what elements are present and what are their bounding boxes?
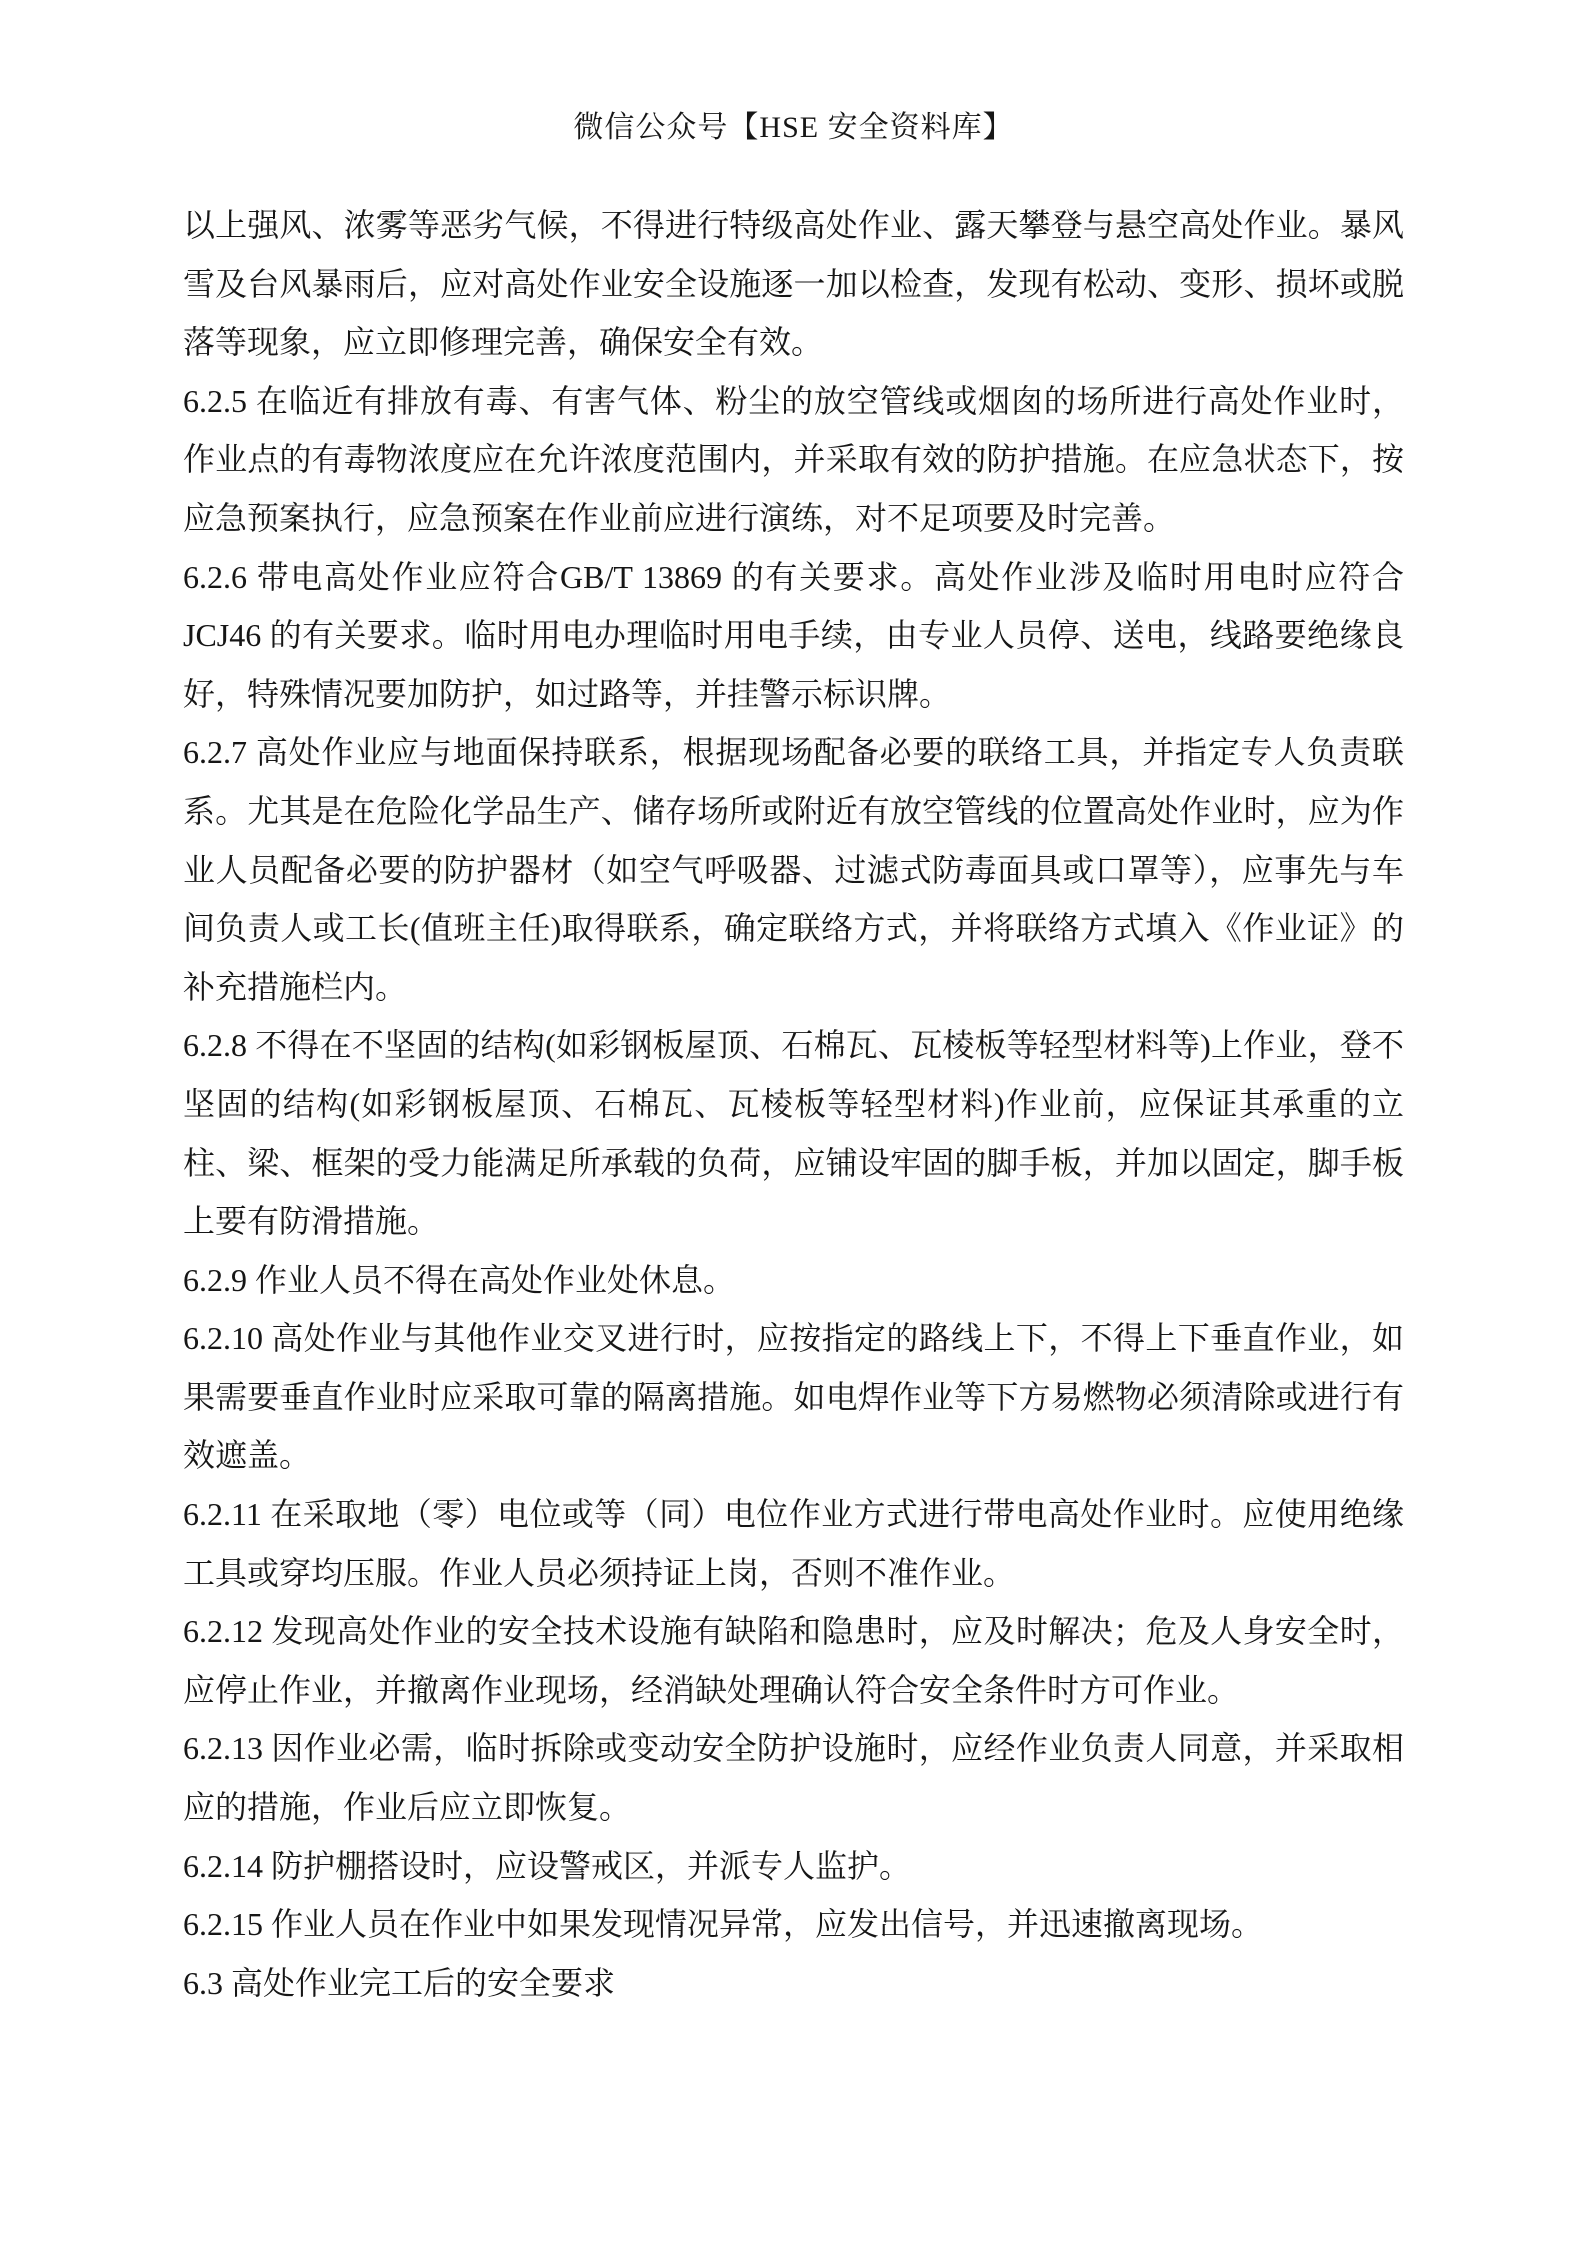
paragraph-6-2-11: 6.2.11 在采取地（零）电位或等（同）电位作业方式进行带电高处作业时。应使用… (183, 1485, 1404, 1602)
page-header: 微信公众号【HSE 安全资料库】 (0, 108, 1587, 148)
paragraph-6-2-9: 6.2.9 作业人员不得在高处作业处休息。 (183, 1251, 1404, 1310)
document-body: 以上强风、浓雾等恶劣气候，不得进行特级高处作业、露天攀登与悬空高处作业。暴风雪及… (183, 196, 1404, 2012)
paragraph-6-2-13: 6.2.13 因作业必需，临时拆除或变动安全防护设施时，应经作业负责人同意，并采… (183, 1719, 1404, 1836)
paragraph-6-2-14: 6.2.14 防护棚搭设时，应设警戒区，并派专人监护。 (183, 1837, 1404, 1896)
paragraph-6-3-heading: 6.3 高处作业完工后的安全要求 (183, 1954, 1404, 2013)
paragraph-6-2-6: 6.2.6 带电高处作业应符合GB/T 13869 的有关要求。高处作业涉及临时… (183, 548, 1404, 724)
paragraph-6-2-15: 6.2.15 作业人员在作业中如果发现情况异常，应发出信号，并迅速撤离现场。 (183, 1895, 1404, 1954)
paragraph-6-2-10: 6.2.10 高处作业与其他作业交叉进行时，应按指定的路线上下，不得上下垂直作业… (183, 1309, 1404, 1485)
document-page: 微信公众号【HSE 安全资料库】 以上强风、浓雾等恶劣气候，不得进行特级高处作业… (0, 0, 1587, 2245)
paragraph-6-2-8: 6.2.8 不得在不坚固的结构(如彩钢板屋顶、石棉瓦、瓦棱板等轻型材料等)上作业… (183, 1016, 1404, 1250)
paragraph-6-2-12: 6.2.12 发现高处作业的安全技术设施有缺陷和隐患时，应及时解决；危及人身安全… (183, 1602, 1404, 1719)
paragraph-6-2-7: 6.2.7 高处作业应与地面保持联系，根据现场配备必要的联络工具，并指定专人负责… (183, 723, 1404, 1016)
paragraph-6-2-5: 6.2.5 在临近有排放有毒、有害气体、粉尘的放空管线或烟囱的场所进行高处作业时… (183, 372, 1404, 548)
paragraph-continuation-weather: 以上强风、浓雾等恶劣气候，不得进行特级高处作业、露天攀登与悬空高处作业。暴风雪及… (183, 196, 1404, 372)
